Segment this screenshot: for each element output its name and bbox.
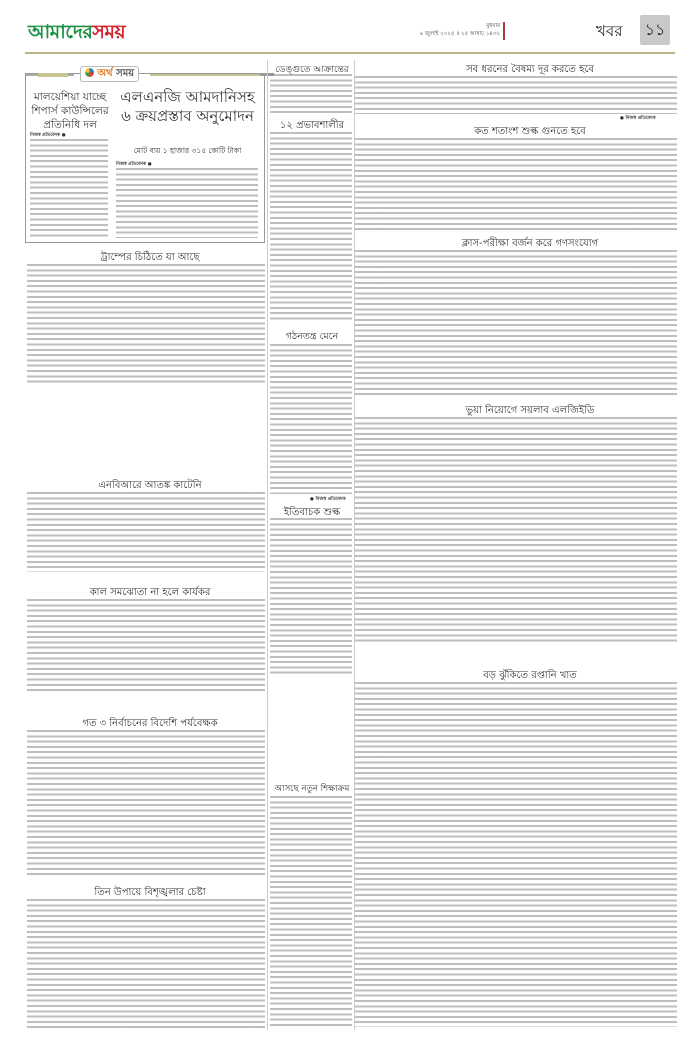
article-body <box>355 76 677 114</box>
article-body <box>27 899 265 1031</box>
masthead: আমাদেরসময় বুধবার ৯ জুলাই ২০২৫ ॥ ২৫ আষাঢ… <box>0 0 700 58</box>
article-body <box>355 682 677 1027</box>
date-divider <box>503 22 505 40</box>
byline: ● নিজস্ব প্রতিবেদক <box>310 496 346 503</box>
page-number: ১১ <box>640 15 670 45</box>
pinwheel-logo-icon <box>85 68 94 77</box>
label-part2: সময় <box>116 68 134 79</box>
column-divider <box>267 60 268 1030</box>
artho-shomoy-banner: অর্থ সময় <box>22 66 274 82</box>
article-body <box>270 796 352 1028</box>
logo-text-red: সময় <box>92 21 125 43</box>
byline: ● নিজস্ব প্রতিবেদক <box>620 115 656 122</box>
column-divider <box>354 60 355 1030</box>
section-label: খবর <box>596 20 622 45</box>
article-body <box>30 139 108 237</box>
article-body <box>270 518 352 676</box>
headline-constitution[interactable]: গঠনতন্ত্র মেনে <box>272 330 352 345</box>
headline-curriculum[interactable]: আসছে নতুন শিক্ষাক্রম <box>272 782 352 796</box>
weekday: বুধবার <box>400 22 500 30</box>
article-body <box>270 344 352 494</box>
article-body <box>355 250 677 395</box>
article-body <box>27 264 265 386</box>
headline-lng[interactable]: এলএনজি আমদানিসহ ৬ ক্রয়প্রস্তাব অনুমোদন <box>115 88 260 126</box>
label-part1: অর্থ <box>97 68 112 79</box>
banner-line <box>38 73 68 77</box>
article-body <box>116 168 258 238</box>
article-body <box>27 730 265 878</box>
article-body <box>355 417 677 645</box>
header-rule <box>25 52 675 54</box>
logo-text-green: আমাদের <box>28 21 92 43</box>
byline: নিজস্ব প্রতিবেদক ● <box>30 132 66 139</box>
banner-line <box>150 74 268 76</box>
byline: নিজস্ব প্রতিবেদক ● <box>116 161 152 168</box>
article-body <box>270 132 352 320</box>
article-body <box>27 599 265 694</box>
article-body <box>270 74 352 114</box>
date: ৯ জুলাই ২০২৫ ॥ ২৫ আষাঢ় ১৪৩২ <box>400 30 500 38</box>
artho-shomoy-logo: অর্থ সময় <box>80 66 139 82</box>
headline-malaysia[interactable]: মালয়েশিয়া যাচ্ছে শিপার্স কাউন্সিলের প্… <box>30 90 110 132</box>
subhead-lng: মোট ব্যয় ১ হাজার ৩১৫ কোটি টাকা <box>115 146 260 158</box>
article-body <box>355 138 677 230</box>
date-block: বুধবার ৯ জুলাই ২০২৫ ॥ ২৫ আষাঢ় ১৪৩২ <box>400 22 500 38</box>
article-body <box>27 492 265 572</box>
newspaper-logo[interactable]: আমাদেরসময় <box>28 18 125 50</box>
